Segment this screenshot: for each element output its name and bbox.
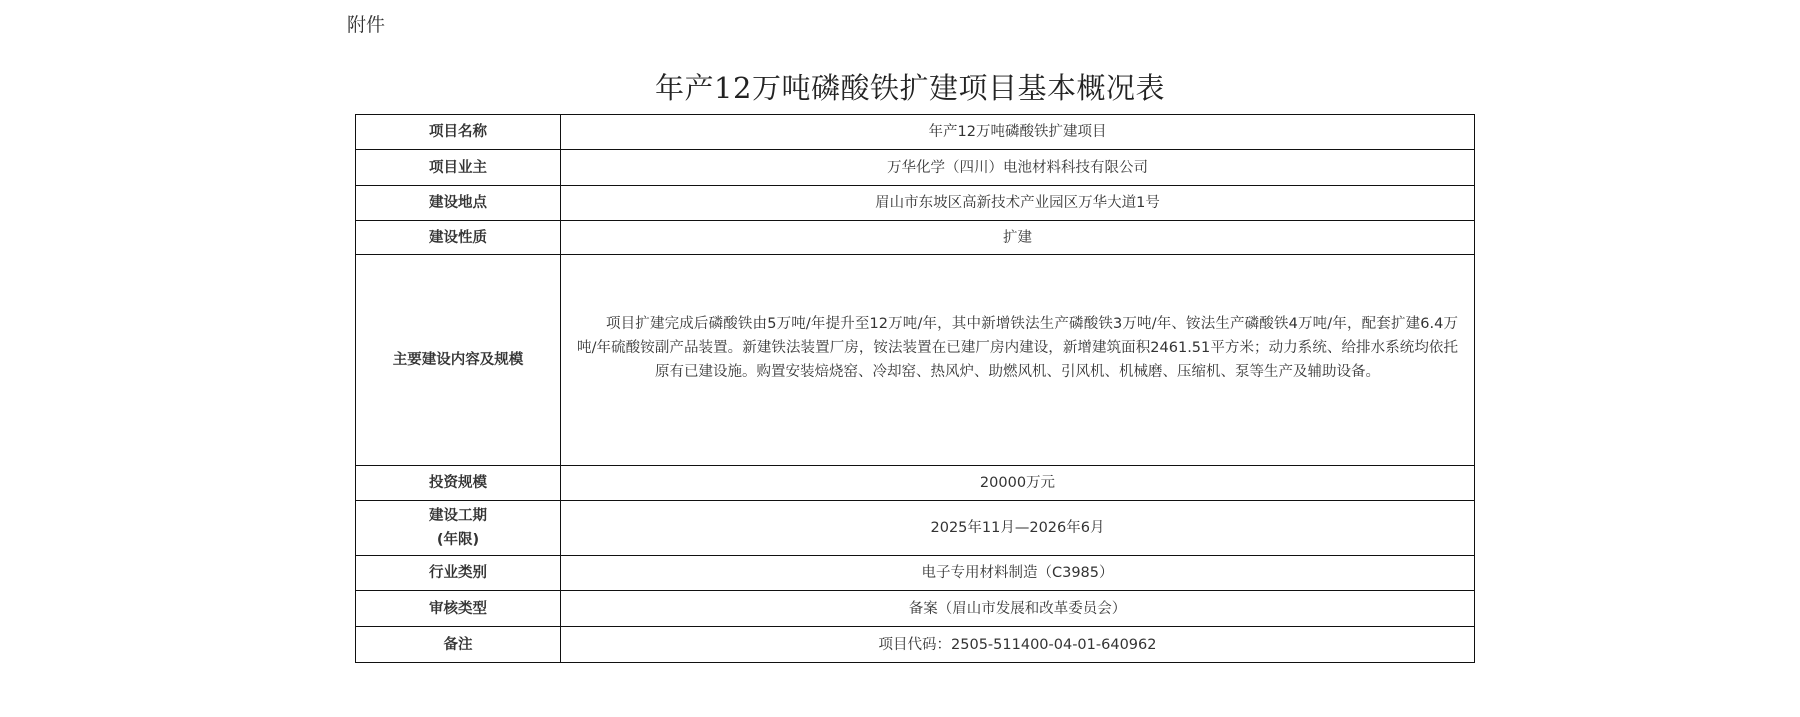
row-label: 审核类型 (356, 591, 561, 627)
document-page: 附件 年产12万吨磷酸铁扩建项目基本概况表 项目名称 年产12万吨磷酸铁扩建项目… (0, 0, 1800, 717)
row-value: 扩建 (561, 221, 1475, 255)
table-row-industry-category: 行业类别 电子专用材料制造（C3985） (356, 556, 1475, 591)
table-row-project-name: 项目名称 年产12万吨磷酸铁扩建项目 (356, 115, 1475, 150)
row-value: 年产12万吨磷酸铁扩建项目 (561, 115, 1475, 150)
row-label: 备注 (356, 627, 561, 663)
row-value: 备案（眉山市发展和改革委员会） (561, 591, 1475, 627)
row-label: 投资规模 (356, 466, 561, 501)
table-row-construction-period: 建设工期 (年限) 2025年11月—2026年6月 (356, 501, 1475, 556)
row-label: 建设地点 (356, 186, 561, 221)
table-row-remarks: 备注 项目代码：2505-511400-04-01-640962 (356, 627, 1475, 663)
row-value: 2025年11月—2026年6月 (561, 501, 1475, 556)
row-value: 项目代码：2505-511400-04-01-640962 (561, 627, 1475, 663)
row-value: 项目扩建完成后磷酸铁由5万吨/年提升至12万吨/年，其中新增铁法生产磷酸铁3万吨… (561, 255, 1475, 466)
row-label-line2: (年限) (372, 528, 544, 552)
main-content-paragraph: 项目扩建完成后磷酸铁由5万吨/年提升至12万吨/年，其中新增铁法生产磷酸铁3万吨… (577, 312, 1458, 408)
project-overview-table: 项目名称 年产12万吨磷酸铁扩建项目 项目业主 万华化学（四川）电池材料科技有限… (355, 114, 1475, 663)
row-label: 项目业主 (356, 150, 561, 186)
row-value: 电子专用材料制造（C3985） (561, 556, 1475, 591)
table-row-review-type: 审核类型 备案（眉山市发展和改革委员会） (356, 591, 1475, 627)
row-label: 主要建设内容及规模 (356, 255, 561, 466)
row-label: 建设工期 (年限) (356, 501, 561, 556)
table-row-construction-nature: 建设性质 扩建 (356, 221, 1475, 255)
document-title: 年产12万吨磷酸铁扩建项目基本概况表 (0, 68, 1800, 108)
row-value: 万华化学（四川）电池材料科技有限公司 (561, 150, 1475, 186)
row-label: 项目名称 (356, 115, 561, 150)
row-label-line1: 建设工期 (372, 504, 544, 528)
table-row-investment: 投资规模 20000万元 (356, 466, 1475, 501)
table-row-project-owner: 项目业主 万华化学（四川）电池材料科技有限公司 (356, 150, 1475, 186)
table-row-construction-location: 建设地点 眉山市东坡区高新技术产业园区万华大道1号 (356, 186, 1475, 221)
table-row-main-content: 主要建设内容及规模 项目扩建完成后磷酸铁由5万吨/年提升至12万吨/年，其中新增… (356, 255, 1475, 466)
row-label: 建设性质 (356, 221, 561, 255)
row-value: 20000万元 (561, 466, 1475, 501)
attachment-label: 附件 (347, 12, 385, 38)
row-value: 眉山市东坡区高新技术产业园区万华大道1号 (561, 186, 1475, 221)
row-label: 行业类别 (356, 556, 561, 591)
